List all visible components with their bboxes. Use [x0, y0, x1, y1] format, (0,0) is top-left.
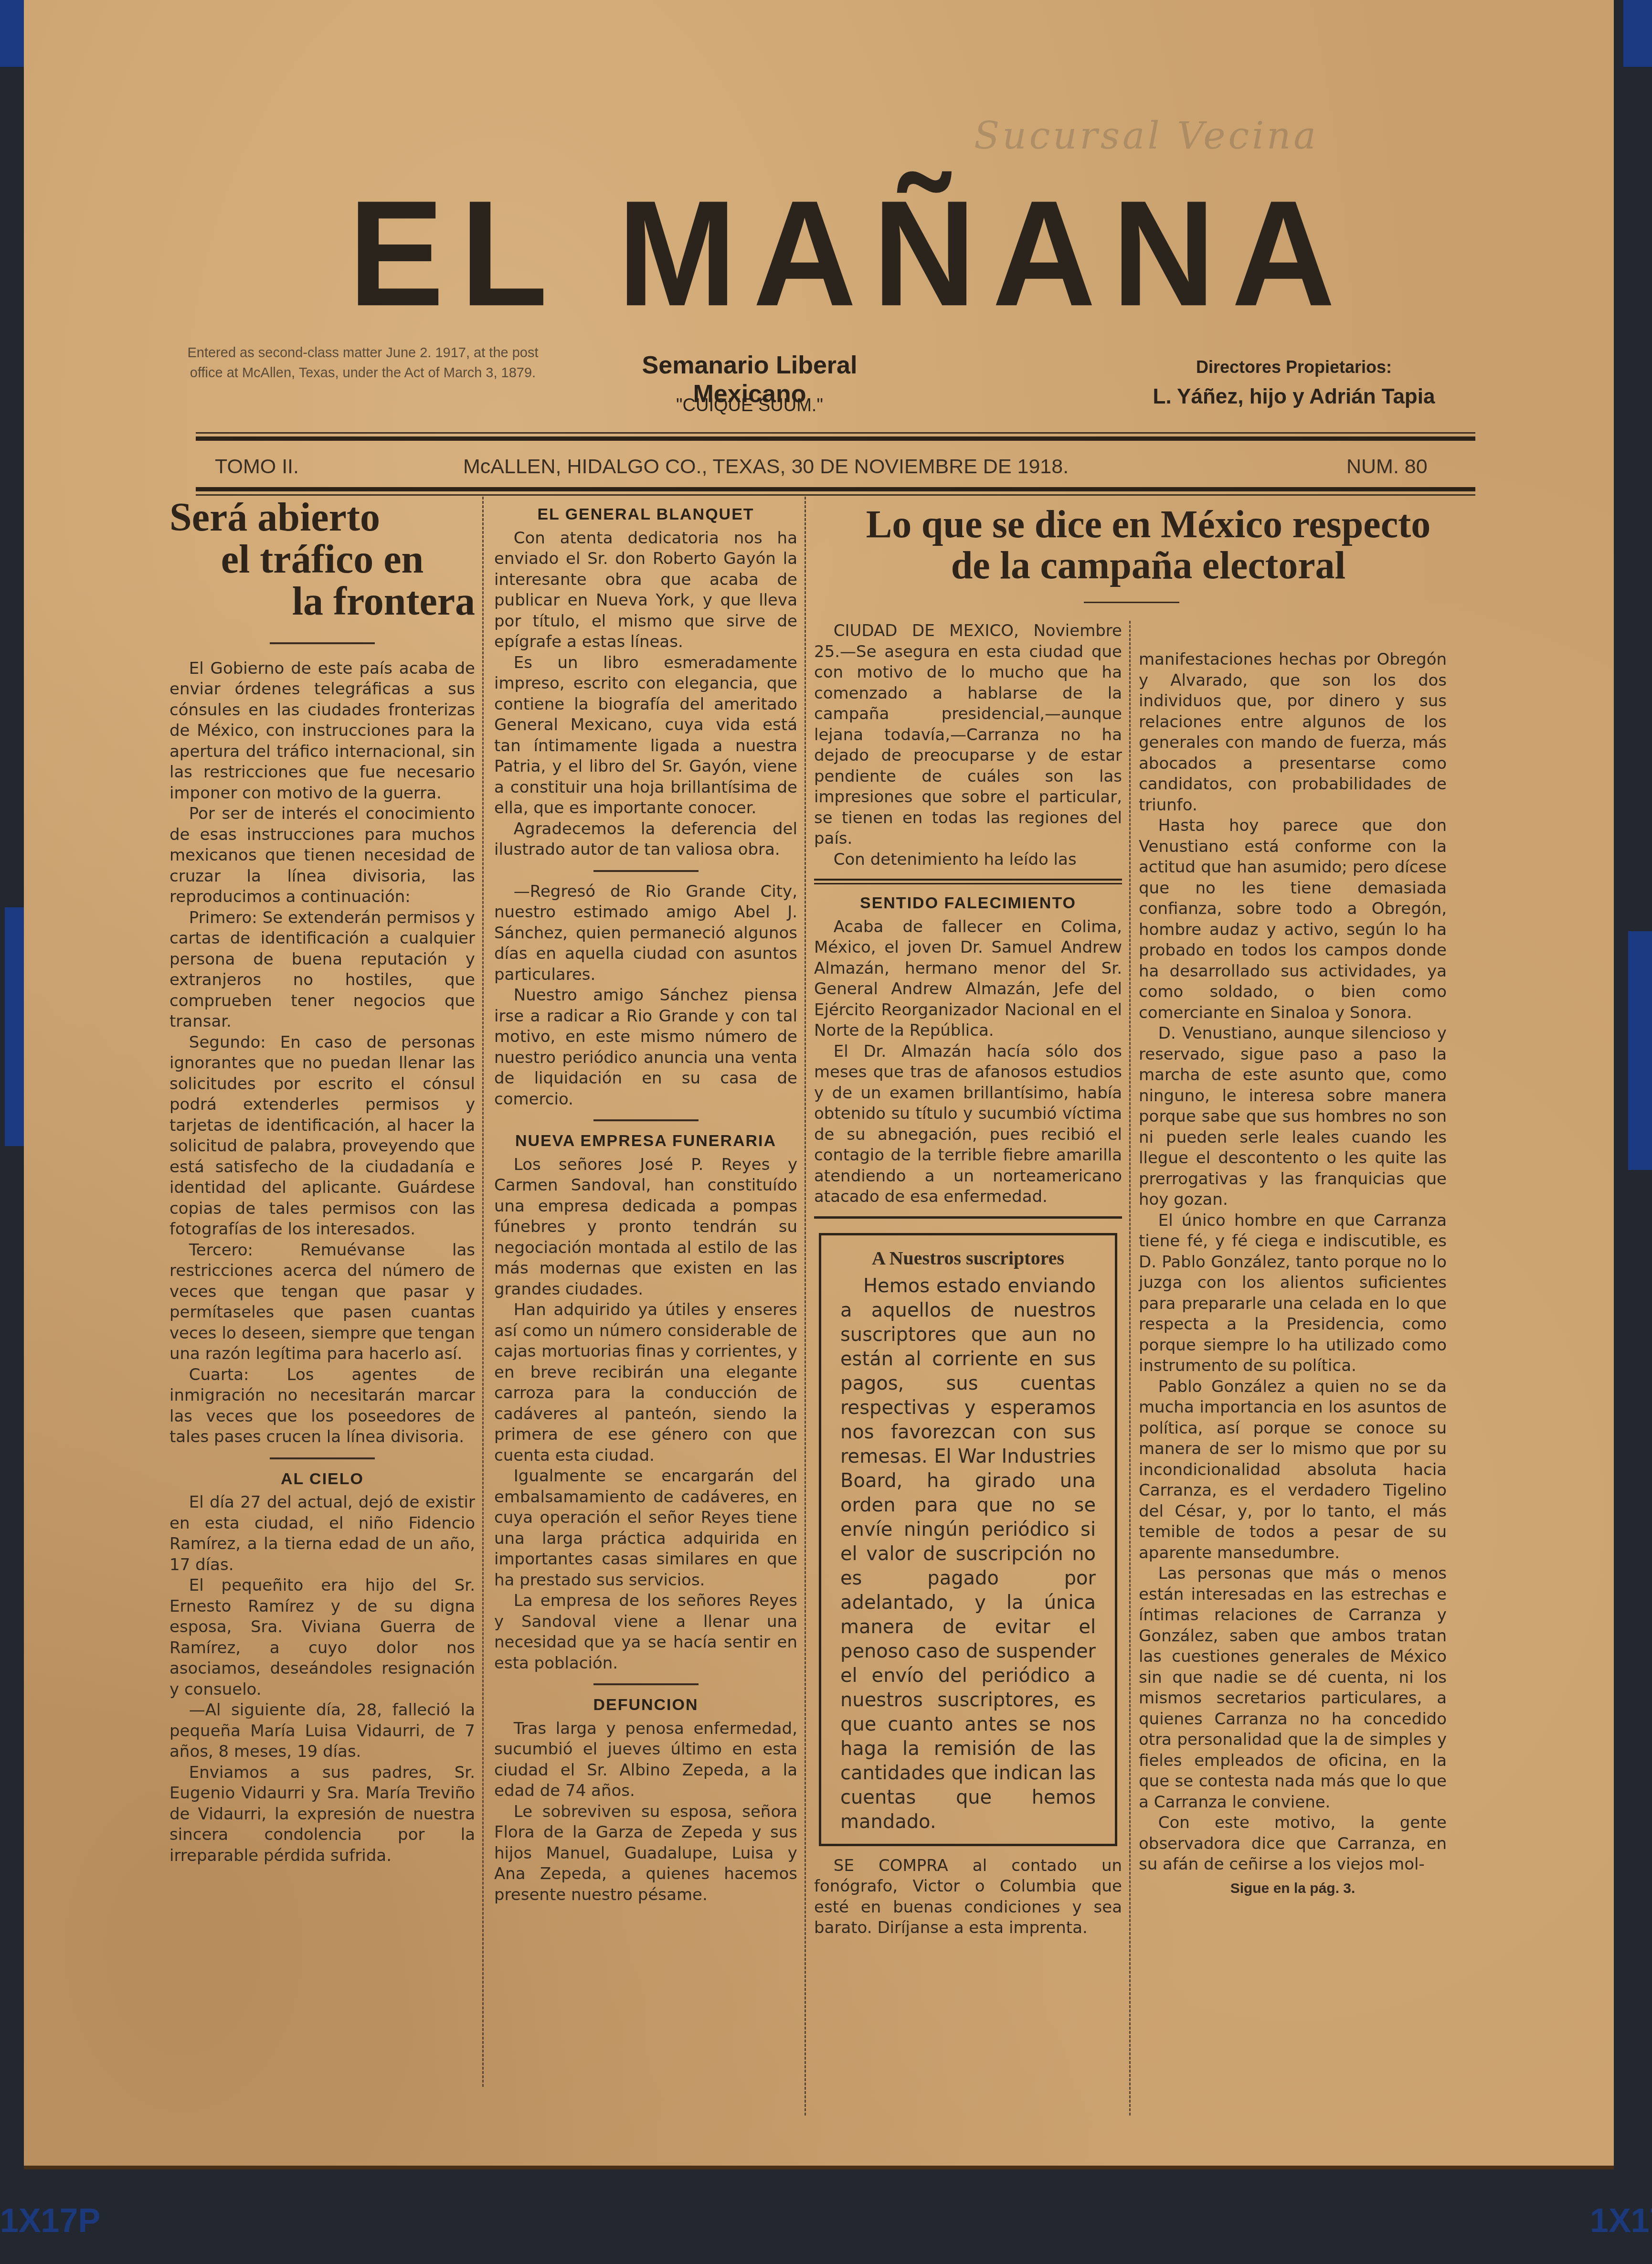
- paragraph: El pequeñito era hijo del Sr. Ernesto Ra…: [169, 1575, 475, 1700]
- paragraph: La empresa de los señores Reyes y Sandov…: [494, 1591, 797, 1674]
- paragraph: Con atenta dedicatoria nos ha enviado el…: [494, 528, 797, 653]
- paragraph: CIUDAD DE MEXICO, Noviembre 25.—Se asegu…: [814, 621, 1122, 850]
- headline-line: Será abierto: [169, 497, 475, 539]
- headline-trafico: Será abierto el tráfico en la frontera: [169, 497, 475, 623]
- heading-defuncion: DEFUNCION: [494, 1695, 797, 1716]
- newspaper-title: EL MAÑANA: [320, 178, 1380, 329]
- paragraph: Tercero: Remuévanse las restricciones ac…: [169, 1240, 475, 1365]
- headline-campana: Lo que se dice en México respecto de la …: [814, 504, 1483, 586]
- divider: [593, 870, 699, 872]
- column-3: CIUDAD DE MEXICO, Noviembre 25.—Se asegu…: [814, 621, 1122, 1939]
- paragraph: Igualmente se encargarán del embalsamami…: [494, 1466, 797, 1591]
- paragraph: manifestaciones hechas por Obregón y Alv…: [1139, 649, 1447, 816]
- column-1: Será abierto el tráfico en la frontera E…: [169, 497, 475, 1866]
- paragraph: Pablo González a quien no se da mucha im…: [1139, 1377, 1447, 1564]
- paragraph: —Al siguiente día, 28, falleció la peque…: [169, 1700, 475, 1763]
- paragraph: Segundo: En caso de personas ignorantes …: [169, 1032, 475, 1240]
- directors-label: Directores Propietarios:: [1108, 357, 1480, 377]
- divider: [270, 642, 375, 644]
- scan-frame-label-left: 1X17P: [0, 2201, 100, 2240]
- heading-blanquet: EL GENERAL BLANQUET: [494, 504, 797, 525]
- paragraph: Con este motivo, la gente observadora di…: [1139, 1813, 1447, 1875]
- paragraph: Hemos estado enviando a aquellos de nues…: [840, 1274, 1096, 1834]
- divider: [814, 879, 1122, 884]
- scan-target-mark-right: [1628, 931, 1652, 1170]
- scan-target-mark-left: [5, 907, 24, 1146]
- paragraph: Es un libro esmeradamente impreso, escri…: [494, 653, 797, 819]
- volume-label: TOMO II.: [215, 455, 299, 478]
- newspaper-page: Sucursal Vecina EL MAÑANA Entered as sec…: [24, 0, 1614, 2166]
- divider: [814, 1216, 1122, 1219]
- paragraph: El Dr. Almazán hacía sólo dos meses que …: [814, 1042, 1122, 1208]
- paragraph: Enviamos a sus padres, Sr. Eugenio Vidau…: [169, 1763, 475, 1867]
- directors-names: L. Yáñez, hijo y Adrián Tapia: [1108, 385, 1480, 409]
- masthead-rule-top: [196, 432, 1475, 441]
- heading-al-cielo: AL CIELO: [169, 1469, 475, 1490]
- column-rule-1: [482, 497, 484, 2087]
- classified-ad: SE COMPRA al contado un fonógrafo, Victo…: [814, 1856, 1122, 1939]
- paragraph: Con detenimiento ha leído las: [814, 850, 1122, 871]
- heading-funeraria: NUEVA EMPRESA FUNERARIA: [494, 1131, 797, 1152]
- paragraph: Tras larga y penosa enfermedad, sucumbió…: [494, 1719, 797, 1802]
- newspaper-motto: "CUIQUE SUUM.": [597, 395, 902, 416]
- heading-suscriptores: A Nuestros suscriptores: [840, 1246, 1096, 1270]
- paragraph: Nuestro amigo Sánchez piensa irse a radi…: [494, 985, 797, 1110]
- issue-number: NUM. 80: [1346, 455, 1428, 478]
- scan-target-mark-top-right: [1623, 0, 1652, 67]
- paragraph: Hasta hoy parece que don Venustiano está…: [1139, 816, 1447, 1023]
- headline-line: el tráfico en: [169, 539, 475, 581]
- heading-falecimiento: SENTIDO FALECIMIENTO: [814, 893, 1122, 914]
- divider: [593, 1119, 699, 1121]
- headline-line: Lo que se dice en México respecto: [814, 504, 1483, 545]
- column-rule-3: [1129, 621, 1131, 2115]
- paragraph: —Regresó de Rio Grande City, nuestro est…: [494, 882, 797, 986]
- paragraph: El día 27 del actual, dejó de existir en…: [169, 1492, 475, 1575]
- postal-notice: Entered as second-class matter June 2. 1…: [186, 343, 540, 383]
- paragraph: El único hombre en que Carranza tiene fé…: [1139, 1211, 1447, 1377]
- paragraph: Las personas que más o menos están inter…: [1139, 1563, 1447, 1813]
- headline-line: de la campaña electoral: [814, 545, 1483, 586]
- directors-block: Directores Propietarios: L. Yáñez, hijo …: [1108, 357, 1480, 409]
- continuation-note: Sigue en la pág. 3.: [1139, 1878, 1447, 1899]
- paragraph: D. Venustiano, aunque silencioso y reser…: [1139, 1023, 1447, 1211]
- headline-line: la frontera: [169, 581, 475, 623]
- scan-frame-label-right: 1X17: [1590, 2201, 1652, 2240]
- paragraph: Por ser de interés el conocimiento de es…: [169, 804, 475, 908]
- column-2: EL GENERAL BLANQUET Con atenta dedicator…: [494, 497, 797, 1905]
- paragraph: Primero: Se extenderán permisos y cartas…: [169, 908, 475, 1032]
- paragraph: Cuarta: Los agentes de inmigración no ne…: [169, 1365, 475, 1448]
- handwritten-note: Sucursal Vecina: [974, 115, 1319, 158]
- divider: [593, 1683, 699, 1685]
- paragraph: Agradecemos la deferencia del ilustrado …: [494, 819, 797, 861]
- column-rule-2: [805, 497, 806, 2115]
- masthead-rule-bottom: [196, 487, 1475, 496]
- paragraph: Le sobreviven su esposa, señora Flora de…: [494, 1802, 797, 1906]
- headline-divider: [1084, 602, 1179, 603]
- paragraph: Acaba de fallecer en Colima, México, el …: [814, 917, 1122, 1042]
- paragraph: Han adquirido ya útiles y enseres así co…: [494, 1300, 797, 1466]
- place-date: McALLEN, HIDALGO CO., TEXAS, 30 DE NOVIE…: [463, 455, 1069, 478]
- paragraph: El Gobierno de este país acaba de enviar…: [169, 659, 475, 804]
- dateline: TOMO II. McALLEN, HIDALGO CO., TEXAS, 30…: [196, 451, 1475, 485]
- column-4: manifestaciones hechas por Obregón y Alv…: [1139, 649, 1447, 1899]
- divider: [270, 1457, 375, 1459]
- subscribers-notice-box: A Nuestros suscriptores Hemos estado env…: [819, 1233, 1117, 1846]
- paragraph: Los señores José P. Reyes y Carmen Sando…: [494, 1155, 797, 1300]
